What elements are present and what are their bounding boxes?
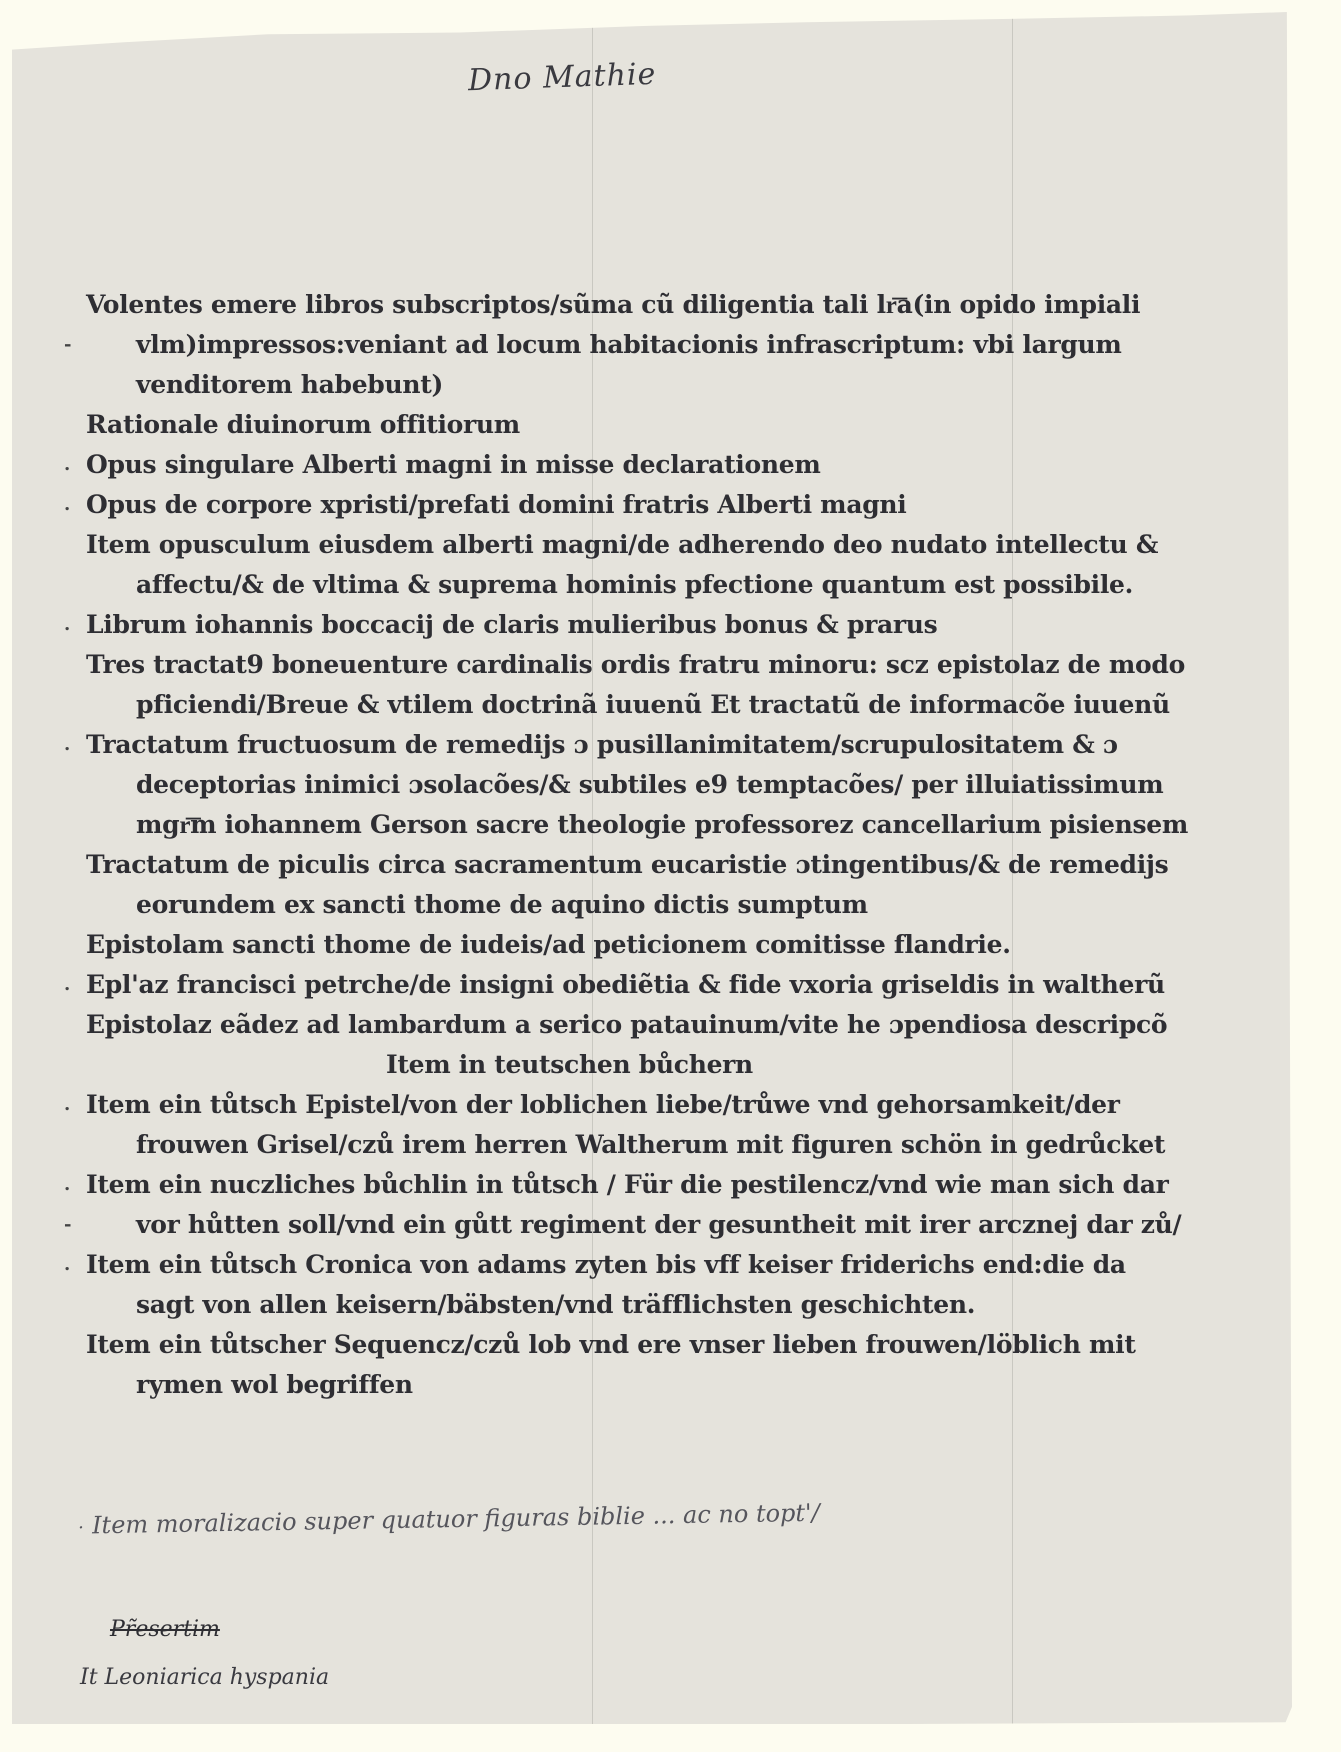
manuscript-note-line: It Leoniarica hyspania: [80, 1665, 329, 1690]
printed-line-text: sagt von allen keisern/bäbsten/vnd träff…: [136, 1290, 975, 1319]
printed-line-text: Librum iohannis boccacij de claris mulie…: [86, 610, 937, 639]
printed-line: Volentes emere libros subscriptos/sũma c…: [86, 285, 1271, 325]
margin-marker: .: [64, 1245, 70, 1285]
printed-advertisement: Volentes emere libros subscriptos/sũma c…: [86, 285, 1271, 1405]
printed-line-text: vor hůtten soll/vnd ein gůtt regiment de…: [136, 1210, 1181, 1239]
printed-line: deceptorias inimici ɔsolacões/& subtiles…: [86, 765, 1271, 805]
printed-line-text: Epl'az francisci petrche/de insigni obed…: [86, 970, 1165, 999]
printed-line: pficiendi/Breue & vtilem doctrinã iuuenũ…: [86, 685, 1271, 725]
printed-line-text: frouwen Grisel/czů irem herren Waltherum…: [136, 1130, 1165, 1159]
margin-marker: -: [64, 325, 71, 365]
printed-line: frouwen Grisel/czů irem herren Waltherum…: [86, 1125, 1271, 1165]
printed-line: mgr͞m iohannem Gerson sacre theologie pr…: [86, 805, 1271, 845]
printed-line: -vlm)impressos:veniant ad locum habitaci…: [86, 325, 1271, 365]
printed-line-text: Item ein tůtscher Sequencz/czů lob vnd e…: [86, 1330, 1136, 1359]
printed-line: -vor hůtten soll/vnd ein gůtt regiment d…: [86, 1205, 1271, 1245]
manuscript-note-struck: Pr̃esertim: [110, 1617, 220, 1642]
printed-line-text: deceptorias inimici ɔsolacões/& subtiles…: [136, 770, 1163, 799]
printed-line: .Epl'az francisci petrche/de insigni obe…: [86, 965, 1271, 1005]
printed-line-text: Volentes emere libros subscriptos/sũma c…: [86, 290, 1140, 319]
printed-line-text: Rationale diuinorum offitiorum: [86, 410, 520, 439]
printed-line-text: mgr͞m iohannem Gerson sacre theologie pr…: [136, 810, 1188, 839]
printed-line: Item in teutschen bůchern: [86, 1045, 1271, 1085]
margin-marker: .: [64, 725, 70, 765]
printed-line-text: Epistolaz eãdez ad lambardum a serico pa…: [86, 1010, 1167, 1039]
printed-line: eorundem ex sancti thome de aquino dicti…: [86, 885, 1271, 925]
printed-line-text: Epistolam sancti thome de iudeis/ad peti…: [86, 930, 1011, 959]
printed-line: .Item ein tůtsch Epistel/von der loblich…: [86, 1085, 1271, 1125]
margin-marker: .: [64, 485, 70, 525]
printed-line: Item ein tůtscher Sequencz/czů lob vnd e…: [86, 1325, 1271, 1365]
printed-line: Tres tractat9 boneuenture cardinalis ord…: [86, 645, 1271, 685]
margin-marker: .: [64, 605, 70, 645]
printed-line: .Tractatum fructuosum de remedijs ɔ pusi…: [86, 725, 1271, 765]
printed-line-text: pficiendi/Breue & vtilem doctrinã iuuenũ…: [136, 690, 1170, 719]
printed-line-text: affectu/& de vltima & suprema hominis pf…: [136, 570, 1133, 599]
margin-marker: -: [64, 1205, 71, 1245]
printed-line: .Item ein tůtsch Cronica von adams zyten…: [86, 1245, 1271, 1285]
manuscript-heading: Dno Mathie: [467, 57, 656, 99]
printed-line: Epistolaz eãdez ad lambardum a serico pa…: [86, 1005, 1271, 1045]
printed-line-text: venditorem habebunt): [136, 370, 443, 399]
printed-line: rymen wol begriffen: [86, 1365, 1271, 1405]
printed-line-text: Tres tractat9 boneuenture cardinalis ord…: [86, 650, 1185, 679]
printed-line: affectu/& de vltima & suprema hominis pf…: [86, 565, 1271, 605]
margin-marker: .: [64, 1085, 70, 1125]
printed-line-text: Opus de corpore xpristi/prefati domini f…: [86, 490, 906, 519]
printed-line: Epistolam sancti thome de iudeis/ad peti…: [86, 925, 1271, 965]
printed-line: .Opus singulare Alberti magni in misse d…: [86, 445, 1271, 485]
printed-line-text: Item ein tůtsch Cronica von adams zyten …: [86, 1250, 1126, 1279]
margin-dot: ·: [78, 1517, 84, 1538]
printed-line-text: Tractatum fructuosum de remedijs ɔ pusil…: [86, 730, 1118, 759]
printed-line-text: Item in teutschen bůchern: [386, 1050, 753, 1079]
margin-marker: .: [64, 445, 70, 485]
printed-line: Rationale diuinorum offitiorum: [86, 405, 1271, 445]
printed-line-text: eorundem ex sancti thome de aquino dicti…: [136, 890, 868, 919]
printed-line: venditorem habebunt): [86, 365, 1271, 405]
printed-line: Tractatum de piculis circa sacramentum e…: [86, 845, 1271, 885]
printed-line: .Opus de corpore xpristi/prefati domini …: [86, 485, 1271, 525]
printed-line-text: Tractatum de piculis circa sacramentum e…: [86, 850, 1168, 879]
printed-line-text: vlm)impressos:veniant ad locum habitacio…: [136, 330, 1122, 359]
printed-line-text: rymen wol begriffen: [136, 1370, 413, 1399]
printed-line: Item opusculum eiusdem alberti magni/de …: [86, 525, 1271, 565]
printed-line: .Item ein nuczliches bůchlin in tůtsch /…: [86, 1165, 1271, 1205]
margin-marker: .: [64, 1165, 70, 1205]
printed-line-text: Opus singulare Alberti magni in misse de…: [86, 450, 821, 479]
printed-line-text: Item ein tůtsch Epistel/von der lobliche…: [86, 1090, 1120, 1119]
printed-line-text: Item opusculum eiusdem alberti magni/de …: [86, 530, 1158, 559]
printed-line-text: Item ein nuczliches bůchlin in tůtsch / …: [86, 1170, 1168, 1199]
printed-line: .Librum iohannis boccacij de claris muli…: [86, 605, 1271, 645]
margin-marker: .: [64, 965, 70, 1005]
printed-line: sagt von allen keisern/bäbsten/vnd träff…: [86, 1285, 1271, 1325]
